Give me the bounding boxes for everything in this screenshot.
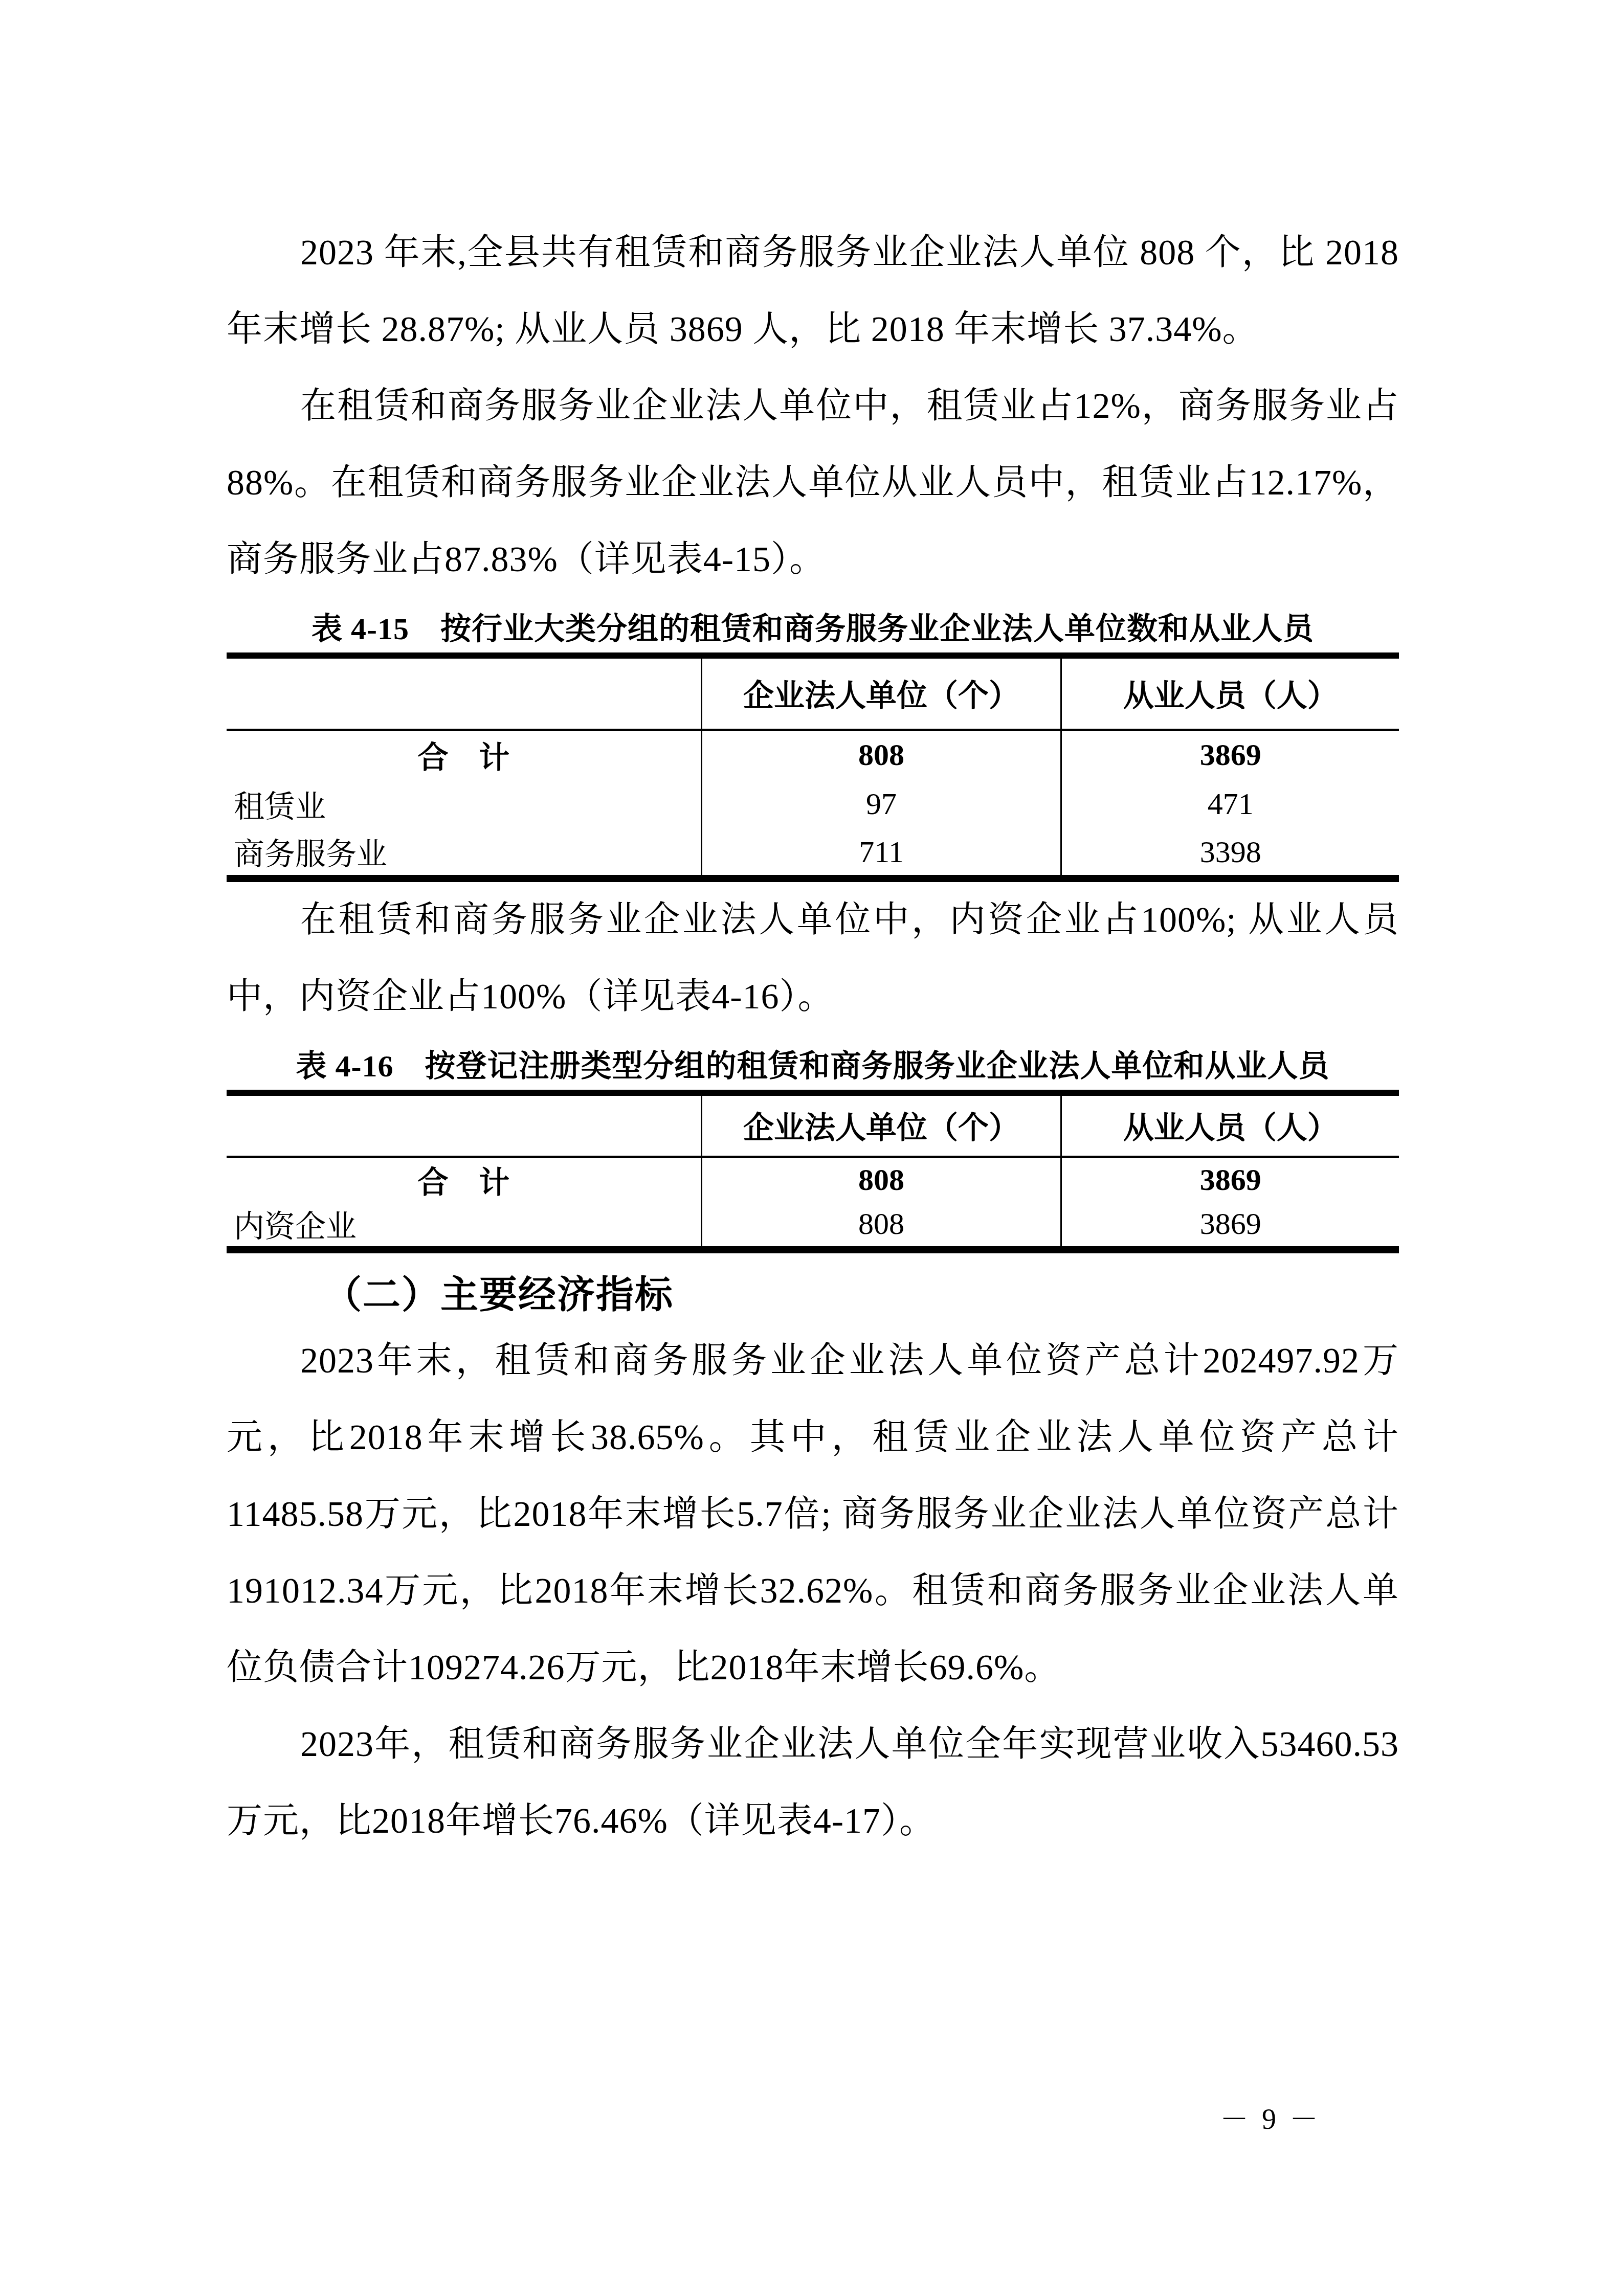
row-label: 合 计 [227, 730, 701, 779]
table-header-row: 企业法人单位（个） 从业人员（人） [227, 1093, 1399, 1157]
body-paragraph-4: 2023年末，租赁和商务服务业企业法人单位资产总计202497.92万元，比20… [227, 1323, 1399, 1706]
staff-value: 471 [1061, 779, 1399, 829]
table-row-leasing: 租赁业 97 471 [227, 779, 1399, 829]
table-4-15-title: 表 4-15 按行业大类分组的租赁和商务服务业企业法人单位数和从业人员 [227, 605, 1399, 652]
document-page: 2023 年末,全县共有租赁和商务服务业企业法人单位 808 个，比 2018 … [0, 0, 1624, 2296]
column-header-staff: 从业人员（人） [1061, 656, 1399, 730]
row-label: 内资企业 [227, 1202, 701, 1250]
column-header-blank [227, 1093, 701, 1157]
row-label: 合 计 [227, 1157, 701, 1202]
column-header-units: 企业法人单位（个） [701, 656, 1061, 730]
table-4-15: 企业法人单位（个） 从业人员（人） 合 计 808 3869 租赁业 97 47… [227, 652, 1399, 882]
column-header-units: 企业法人单位（个） [701, 1093, 1061, 1157]
table-4-16-title: 表 4-16 按登记注册类型分组的租赁和商务服务业企业法人单位和从业人员 [227, 1043, 1399, 1090]
units-value: 711 [701, 829, 1061, 879]
body-paragraph-2: 在租赁和商务服务业企业法人单位中，租赁业占12%，商务服务业占88%。在租赁和商… [227, 368, 1399, 598]
row-label: 租赁业 [227, 779, 701, 829]
page-number: － 9 － [1220, 2099, 1321, 2140]
section-heading: （二）主要经济指标 [227, 1268, 1399, 1323]
table-4-16: 企业法人单位（个） 从业人员（人） 合 计 808 3869 内资企业 808 … [227, 1090, 1399, 1253]
column-header-staff: 从业人员（人） [1061, 1093, 1399, 1157]
table-row-business-services: 商务服务业 711 3398 [227, 829, 1399, 879]
body-paragraph-5: 2023年，租赁和商务服务业企业法人单位全年实现营业收入53460.53万元，比… [227, 1706, 1399, 1860]
units-value: 808 [701, 1202, 1061, 1250]
body-paragraph-1: 2023 年末,全县共有租赁和商务服务业企业法人单位 808 个，比 2018 … [227, 215, 1399, 368]
table-row-total: 合 计 808 3869 [227, 1157, 1399, 1202]
units-value: 808 [701, 1157, 1061, 1202]
staff-value: 3869 [1061, 1202, 1399, 1250]
units-value: 97 [701, 779, 1061, 829]
staff-value: 3398 [1061, 829, 1399, 879]
page-content: 2023 年末,全县共有租赁和商务服务业企业法人单位 808 个，比 2018 … [227, 215, 1399, 1860]
units-value: 808 [701, 730, 1061, 779]
table-header-row: 企业法人单位（个） 从业人员（人） [227, 656, 1399, 730]
row-label: 商务服务业 [227, 829, 701, 879]
body-paragraph-3: 在租赁和商务服务业企业法人单位中，内资企业占100%; 从业人员中，内资企业占1… [227, 882, 1399, 1036]
staff-value: 3869 [1061, 730, 1399, 779]
staff-value: 3869 [1061, 1157, 1399, 1202]
column-header-blank [227, 656, 701, 730]
table-row-domestic-enterprises: 内资企业 808 3869 [227, 1202, 1399, 1250]
table-row-total: 合 计 808 3869 [227, 730, 1399, 779]
